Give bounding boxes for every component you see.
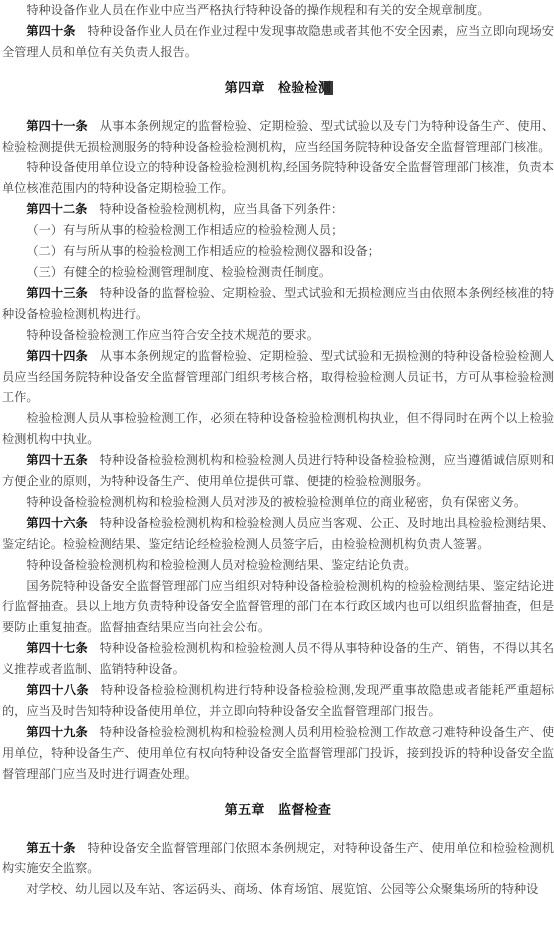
paragraph-pre-article-40: 特种设备作业人员在作业中应当严格执行特种设备的操作规程和有关的安全规章制度。 xyxy=(2,0,554,21)
chapter-5-title: 第五章 监督检查 xyxy=(225,802,331,817)
article-41-number: 第四十一条 xyxy=(26,119,87,133)
item-text: （三）有健全的检验检测管理制度、检验检测责任制度。 xyxy=(26,265,331,279)
article-49-paragraph: 第四十九条特种设备检验检测机构和检验检测人员利用检验检测工作故意刁难特种设备生产… xyxy=(2,722,554,785)
article-42-item-2: （二）有与所从事的检验检测工作相适应的检验检测仪器和设备； xyxy=(2,241,554,262)
chapter-5-heading: 第五章 监督检查 xyxy=(2,800,554,821)
article-46-number: 第四十六条 xyxy=(26,516,87,530)
article-46-paragraph: 第四十六条特种设备检验检测机构和检验检测人员应当客观、公正、及时地出具检验检测结… xyxy=(2,513,554,555)
article-50-paragraph: 第五十条特种设备安全监督管理部门依照本条例规定，对特种设备生产、使用单位和检验检… xyxy=(2,838,554,880)
article-43-paragraph-2: 特种设备检验检测工作应当符合安全技术规范的要求。 xyxy=(2,325,554,346)
article-44-paragraph: 第四十四条从事本条例规定的监督检验、定期检验、型式试验和无损检测的特种设备检验检… xyxy=(2,346,554,409)
paragraph-text: 特种设备检验检测工作应当符合安全技术规范的要求。 xyxy=(26,328,319,342)
paragraph-text: 特种设备检验检测机构和检验检测人员对检验检测结果、鉴定结论负责。 xyxy=(26,558,416,572)
item-text: （一）有与所从事的检验检测工作相适应的检验检测人员； xyxy=(26,223,343,237)
article-40-text: 特种设备作业人员在作业过程中发现事故隐患或者其他不安全因素，应当立即向现场安全管… xyxy=(2,24,554,59)
article-50-text: 特种设备安全监督管理部门依照本条例规定，对特种设备生产、使用单位和检验检测机构实… xyxy=(2,841,554,876)
article-42-number: 第四十二条 xyxy=(26,202,87,216)
paragraph-text: 对学校、幼儿园以及车站、客运码头、商场、体育场馆、展览馆、公园等公众聚集场所的特… xyxy=(26,882,538,896)
article-43-number: 第四十三条 xyxy=(26,286,87,300)
article-42-text: 特种设备检验检测机构，应当具备下列条件： xyxy=(99,202,343,216)
article-48-number: 第四十八条 xyxy=(26,683,88,697)
article-46-paragraph-2: 特种设备检验检测机构和检验检测人员对检验检测结果、鉴定结论负责。 xyxy=(2,555,554,576)
article-42-item-1: （一）有与所从事的检验检测工作相适应的检验检测人员； xyxy=(2,220,554,241)
article-44-paragraph-2: 检验检测人员从事检验检测工作，必须在特种设备检验检测机构执业，但不得同时在两个以… xyxy=(2,408,554,450)
article-47-number: 第四十七条 xyxy=(26,641,87,655)
article-45-number: 第四十五条 xyxy=(26,453,87,467)
article-48-paragraph: 第四十八条特种设备检验检测机构进行特种设备检验检测,发现严重事故隐患或者能耗严重… xyxy=(2,680,554,722)
article-45-paragraph: 第四十五条特种设备检验检测机构和检验检测人员进行特种设备检验检测，应当遵循诚信原… xyxy=(2,450,554,492)
chapter-4-heading: 第四章 检验检测 xyxy=(2,78,554,99)
article-40-paragraph: 第四十条特种设备作业人员在作业过程中发现事故隐患或者其他不安全因素，应当立即向现… xyxy=(2,21,554,63)
paragraph-text: 特种设备检验检测机构和检验检测人员对涉及的被检验检测单位的商业秘密，负有保密义务… xyxy=(26,495,526,509)
article-46-paragraph-3: 国务院特种设备安全监督管理部门应当组织对特种设备检验检测机构的检验检测结果、鉴定… xyxy=(2,576,554,639)
article-41-paragraph-2: 特种设备使用单位设立的特种设备检验检测机构,经国务院特种设备安全监督管理部门核准… xyxy=(2,157,554,199)
article-50-number: 第五十条 xyxy=(26,841,75,855)
article-44-number: 第四十四条 xyxy=(26,349,87,363)
paragraph-text: 检验检测人员从事检验检测工作，必须在特种设备检验检测机构执业，但不得同时在两个以… xyxy=(2,411,554,446)
article-43-paragraph: 第四十三条特种设备的监督检验、定期检验、型式试验和无损检测应当由依照本条例经核准… xyxy=(2,283,554,325)
article-49-number: 第四十九条 xyxy=(26,725,87,739)
document-page: 特种设备作业人员在作业中应当严格执行特种设备的操作规程和有关的安全规章制度。 第… xyxy=(0,0,554,927)
article-50-paragraph-2: 对学校、幼儿园以及车站、客运码头、商场、体育场馆、展览馆、公园等公众聚集场所的特… xyxy=(2,879,554,900)
item-text: （二）有与所从事的检验检测工作相适应的检验检测仪器和设备； xyxy=(26,244,379,258)
article-42-paragraph: 第四十二条特种设备检验检测机构，应当具备下列条件： xyxy=(2,199,554,220)
article-45-paragraph-2: 特种设备检验检测机构和检验检测人员对涉及的被检验检测单位的商业秘密，负有保密义务… xyxy=(2,492,554,513)
article-42-item-3: （三）有健全的检验检测管理制度、检验检测责任制度。 xyxy=(2,262,554,283)
paragraph-text: 国务院特种设备安全监督管理部门应当组织对特种设备检验检测机构的检验检测结果、鉴定… xyxy=(2,579,554,635)
article-41-paragraph: 第四十一条从事本条例规定的监督检验、定期检验、型式试验以及专门为特种设备生产、使… xyxy=(2,116,554,158)
paragraph-text: 特种设备作业人员在作业中应当严格执行特种设备的操作规程和有关的安全规章制度。 xyxy=(26,3,489,17)
paragraph-text: 特种设备使用单位设立的特种设备检验检测机构,经国务院特种设备安全监督管理部门核准… xyxy=(2,160,554,195)
article-47-paragraph: 第四十七条特种设备检验检测机构和检验检测人员不得从事特种设备的生产、销售，不得以… xyxy=(2,638,554,680)
chapter-4-title: 第四章 检验检测 xyxy=(225,80,331,95)
article-40-number: 第四十条 xyxy=(26,24,75,38)
